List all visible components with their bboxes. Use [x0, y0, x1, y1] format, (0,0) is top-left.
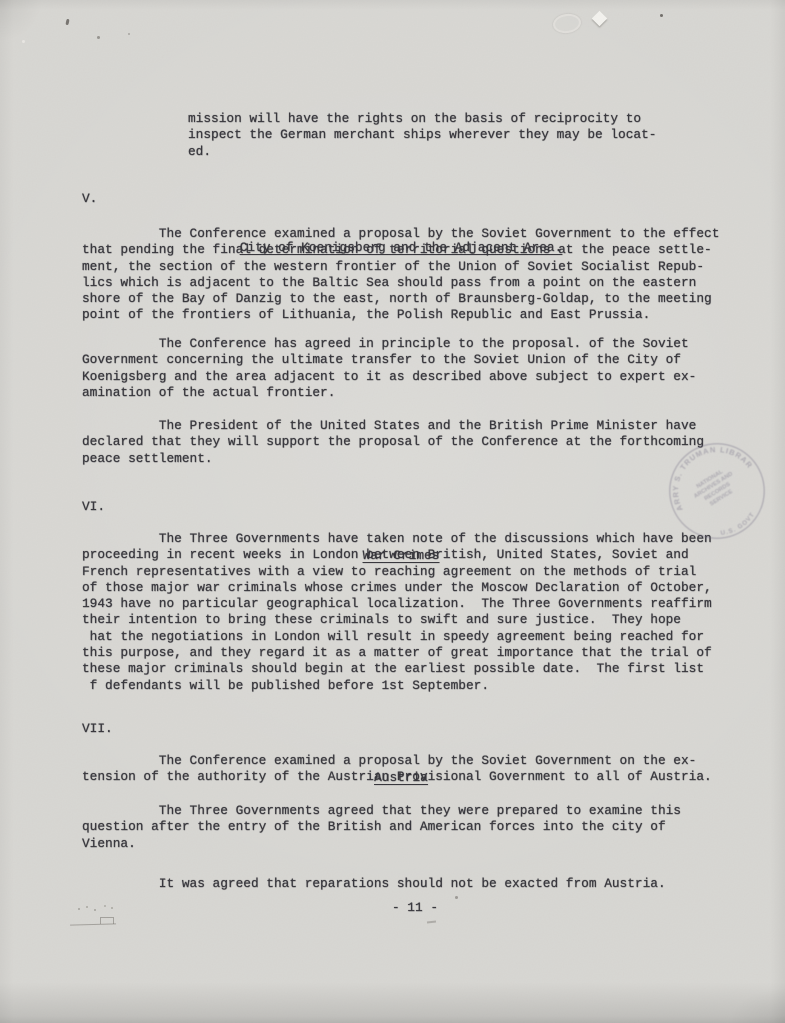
section-vii-paragraph-3: It was agreed that reparations should no… [82, 876, 666, 892]
section-v-paragraph-3: The President of the United States and t… [82, 418, 704, 467]
section-vi-paragraph-1: The Three Governments have taken note of… [82, 531, 712, 694]
paper-speck [128, 33, 130, 35]
pencil-tick-marks [100, 917, 114, 924]
section-vii-paragraph-2: The Three Governments agreed that they w… [82, 803, 681, 852]
section-vii-numeral: VII. [82, 721, 113, 737]
typewritten-content: mission will have the rights on the basi… [82, 0, 706, 1023]
paper-speck [455, 896, 458, 899]
paper-speck [22, 40, 25, 43]
stamp-arc-bottom-text: U.S. GOVT [718, 510, 759, 542]
paper-speck [97, 36, 100, 39]
section-vi-numeral: VI. [82, 499, 105, 515]
document-page: mission will have the rights on the basi… [0, 0, 785, 1023]
section-vi-header: VI. War Crimes [82, 499, 706, 516]
section-v-paragraph-1: The Conference examined a proposal by th… [82, 226, 719, 324]
page-number: - 11 - [103, 900, 727, 916]
paper-speck [660, 14, 663, 17]
section-v-numeral: V. [82, 191, 97, 207]
section-v-paragraph-2: The Conference has agreed in principle t… [82, 336, 696, 401]
svg-text:U.S. GOVT: U.S. GOVT [718, 510, 759, 542]
continued-paragraph: mission will have the rights on the basi… [188, 111, 656, 160]
section-vii-header: VII. Austria [82, 721, 706, 738]
section-v-header: V. City of Koenigsberg and the Adjacent … [82, 191, 706, 208]
section-vii-paragraph-1: The Conference examined a proposal by th… [82, 753, 712, 786]
paper-speck [65, 19, 69, 25]
pencil-marks [78, 908, 80, 910]
